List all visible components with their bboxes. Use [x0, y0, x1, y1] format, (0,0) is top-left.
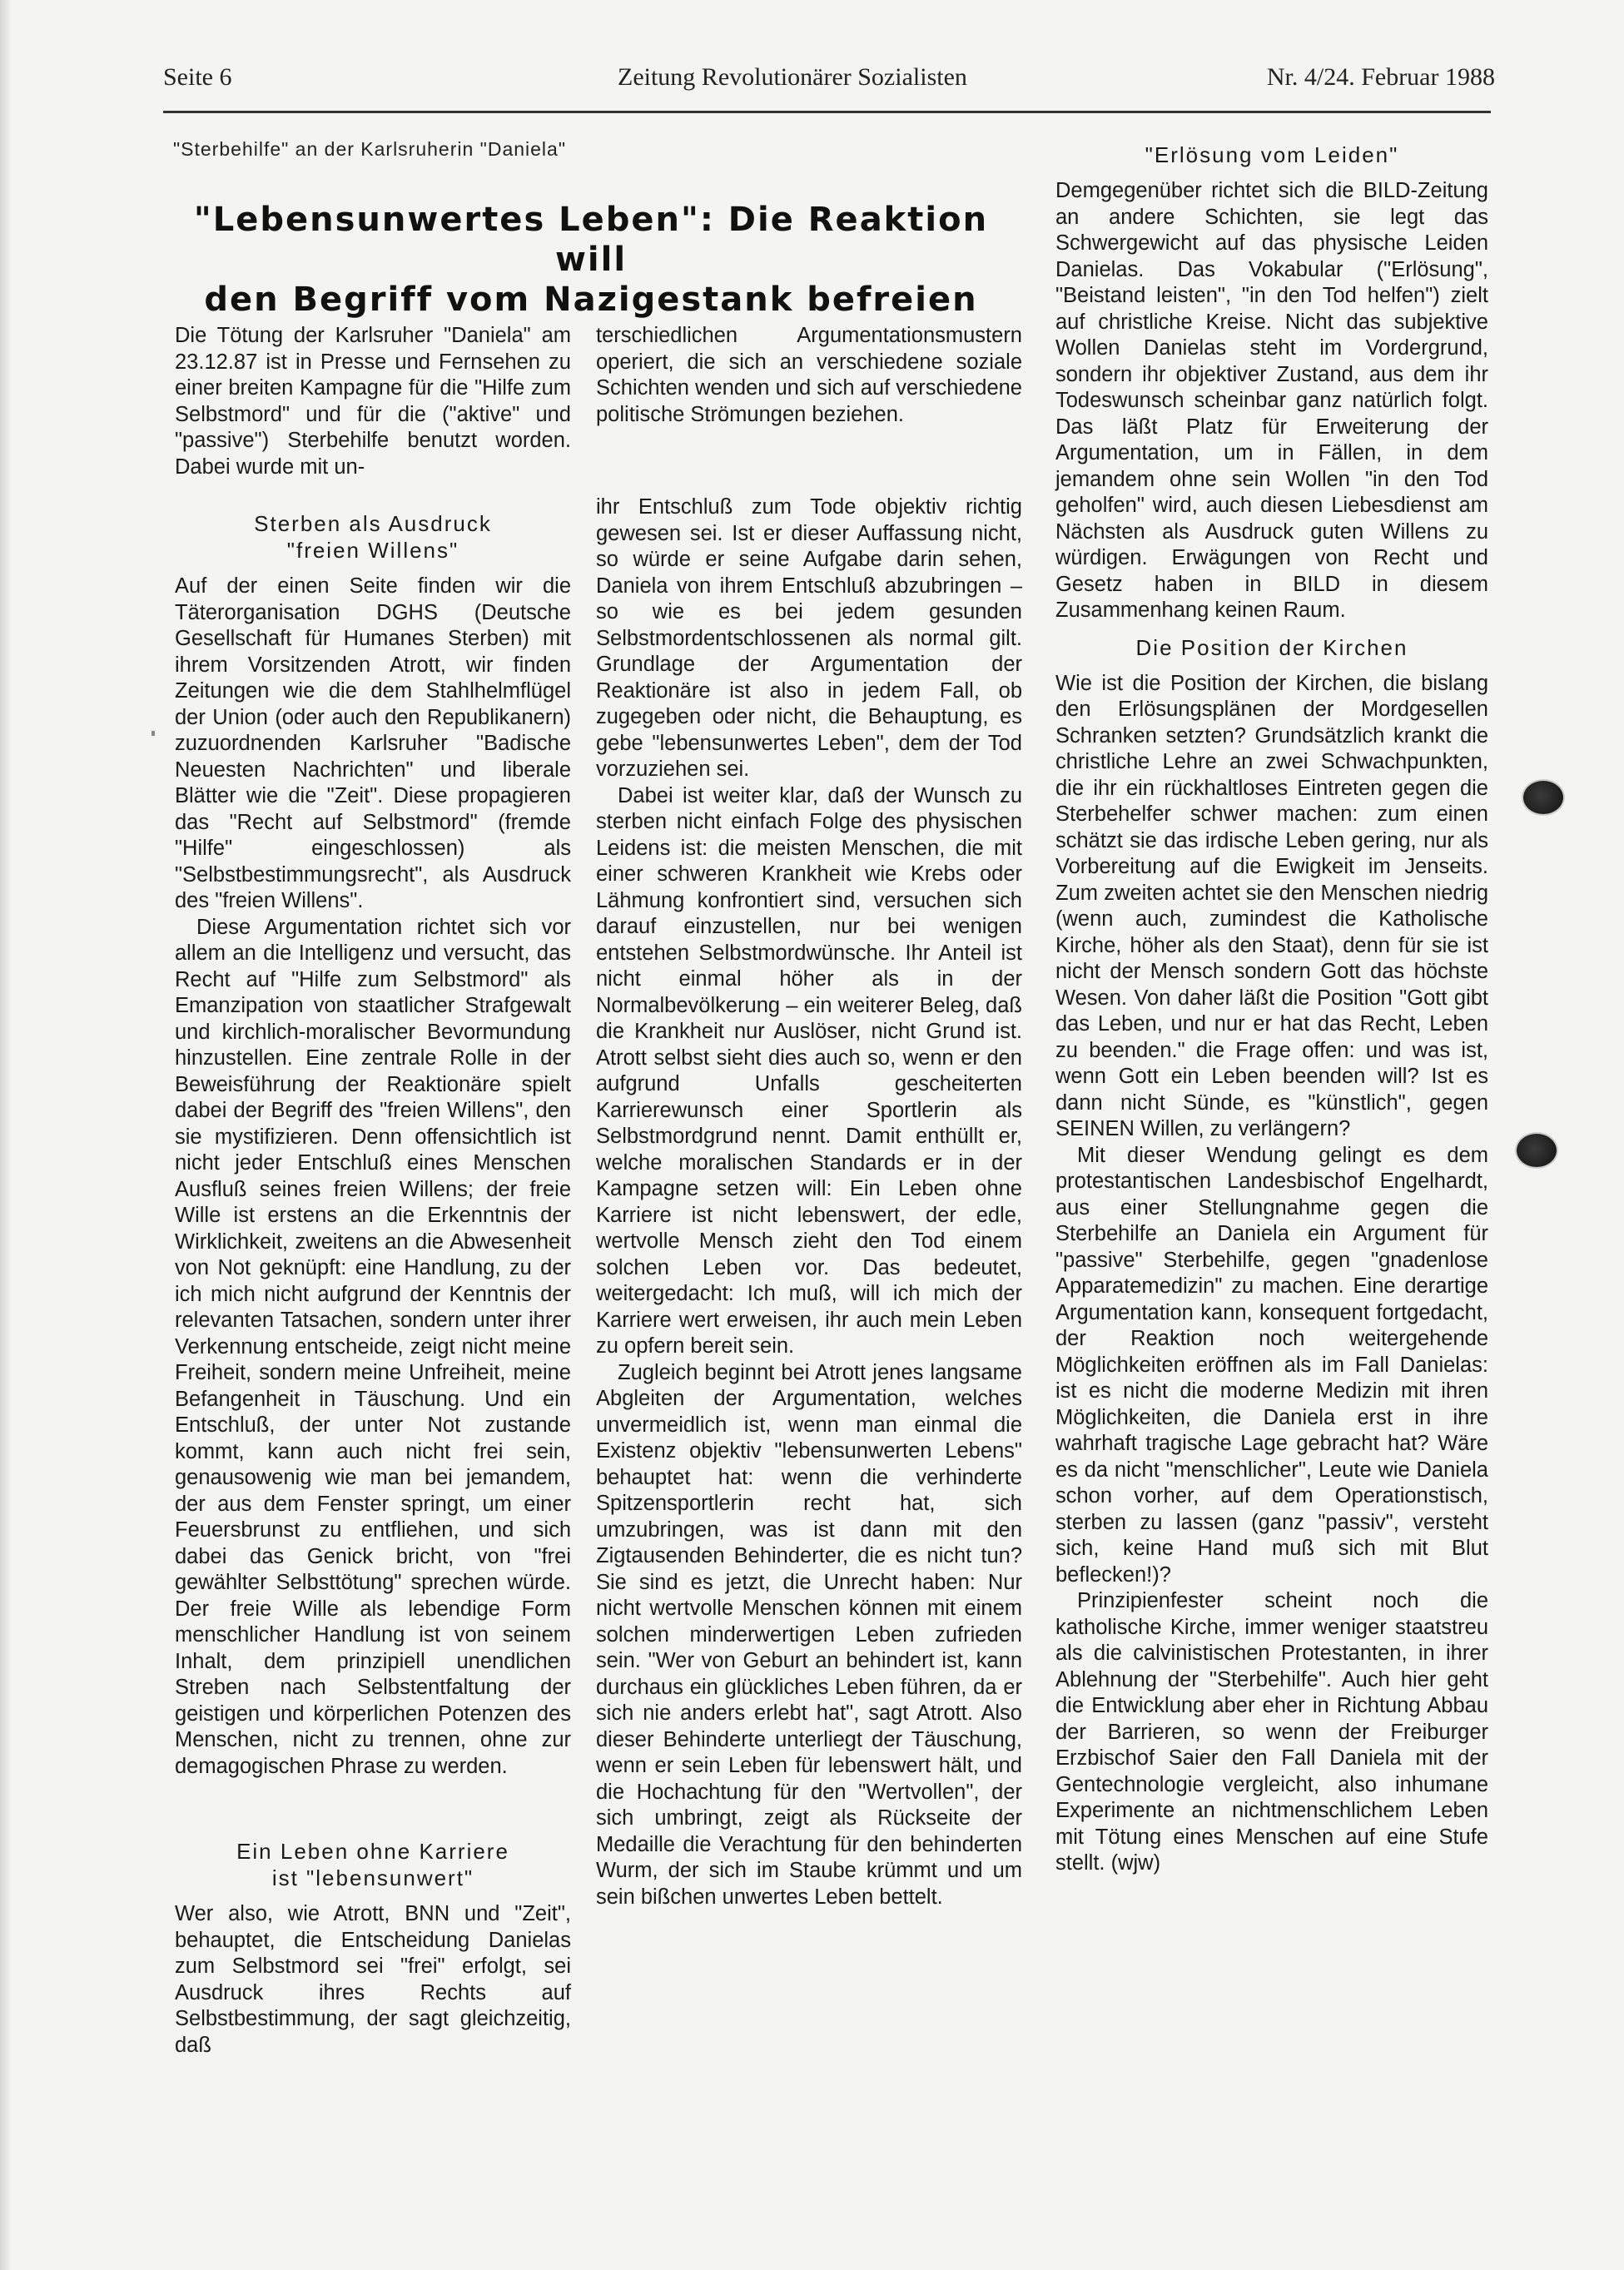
column-1: Die Tötung der Karlsruher "Daniela" am 2…	[175, 323, 571, 2059]
article-title: "Lebensunwertes Leben": Die Reaktion wil…	[179, 200, 1003, 320]
subheading-sterben: Sterben als Ausdruck	[175, 510, 571, 537]
subheading-sterben-2: "freien Willens"	[175, 537, 571, 564]
column-3: "Erlösung vom Leiden" Demgegenüber richt…	[1055, 142, 1488, 1877]
page-number: Seite 6	[163, 63, 232, 92]
paragraph: Diese Argumentation richtet sich vor all…	[175, 915, 571, 1781]
paragraph: ihr Entschluß zum Tode objektiv richtig …	[596, 494, 1022, 783]
header-rule	[163, 111, 1491, 113]
scan-edge-shadow	[0, 0, 12, 2270]
punch-hole	[1523, 781, 1563, 814]
scan-mark	[151, 731, 155, 736]
article-kicker: "Sterbehilfe" an der Karlsruherin "Danie…	[173, 138, 566, 161]
paragraph: Zugleich beginnt bei Atrott jenes langsa…	[596, 1360, 1022, 1911]
subheading-karriere-2: ist "lebensunwert"	[175, 1865, 571, 1891]
paragraph: Wie ist die Position der Kirchen, die bi…	[1055, 671, 1488, 1143]
paragraph: Wer also, wie Atrott, BNN und "Zeit", be…	[175, 1901, 571, 2059]
paragraph: Prinzipienfester scheint noch die kathol…	[1055, 1588, 1488, 1877]
subheading-kirchen: Die Position der Kirchen	[1055, 634, 1488, 661]
paragraph: Auf der einen Seite finden wir die Täter…	[175, 574, 571, 915]
title-line-2: den Begriff vom Nazigestank befreien	[179, 280, 1003, 320]
publication-name: Zeitung Revolutionärer Sozialisten	[618, 63, 967, 92]
paragraph: Dabei ist weiter klar, daß der Wunsch zu…	[596, 783, 1022, 1360]
subheading-karriere: Ein Leben ohne Karriere	[175, 1838, 571, 1865]
punch-hole	[1517, 1134, 1557, 1167]
intro-continuation: terschiedlichen Argumentationsmustern op…	[596, 323, 1022, 428]
title-line-1: "Lebensunwertes Leben": Die Reaktion wil…	[179, 200, 1003, 280]
subheading-erloesung: "Erlösung vom Leiden"	[1055, 142, 1488, 168]
issue-date: Nr. 4/24. Februar 1988	[1267, 63, 1495, 92]
column-2: terschiedlichen Argumentationsmustern op…	[596, 323, 1022, 1910]
page-header: Seite 6 Zeitung Revolutionärer Sozialist…	[163, 58, 1495, 100]
intro-paragraph: Die Tötung der Karlsruher "Daniela" am 2…	[175, 323, 571, 480]
paragraph: Mit dieser Wendung gelingt es dem protes…	[1055, 1143, 1488, 1589]
paragraph: Demgegenüber richtet sich die BILD-Zeitu…	[1055, 178, 1488, 624]
